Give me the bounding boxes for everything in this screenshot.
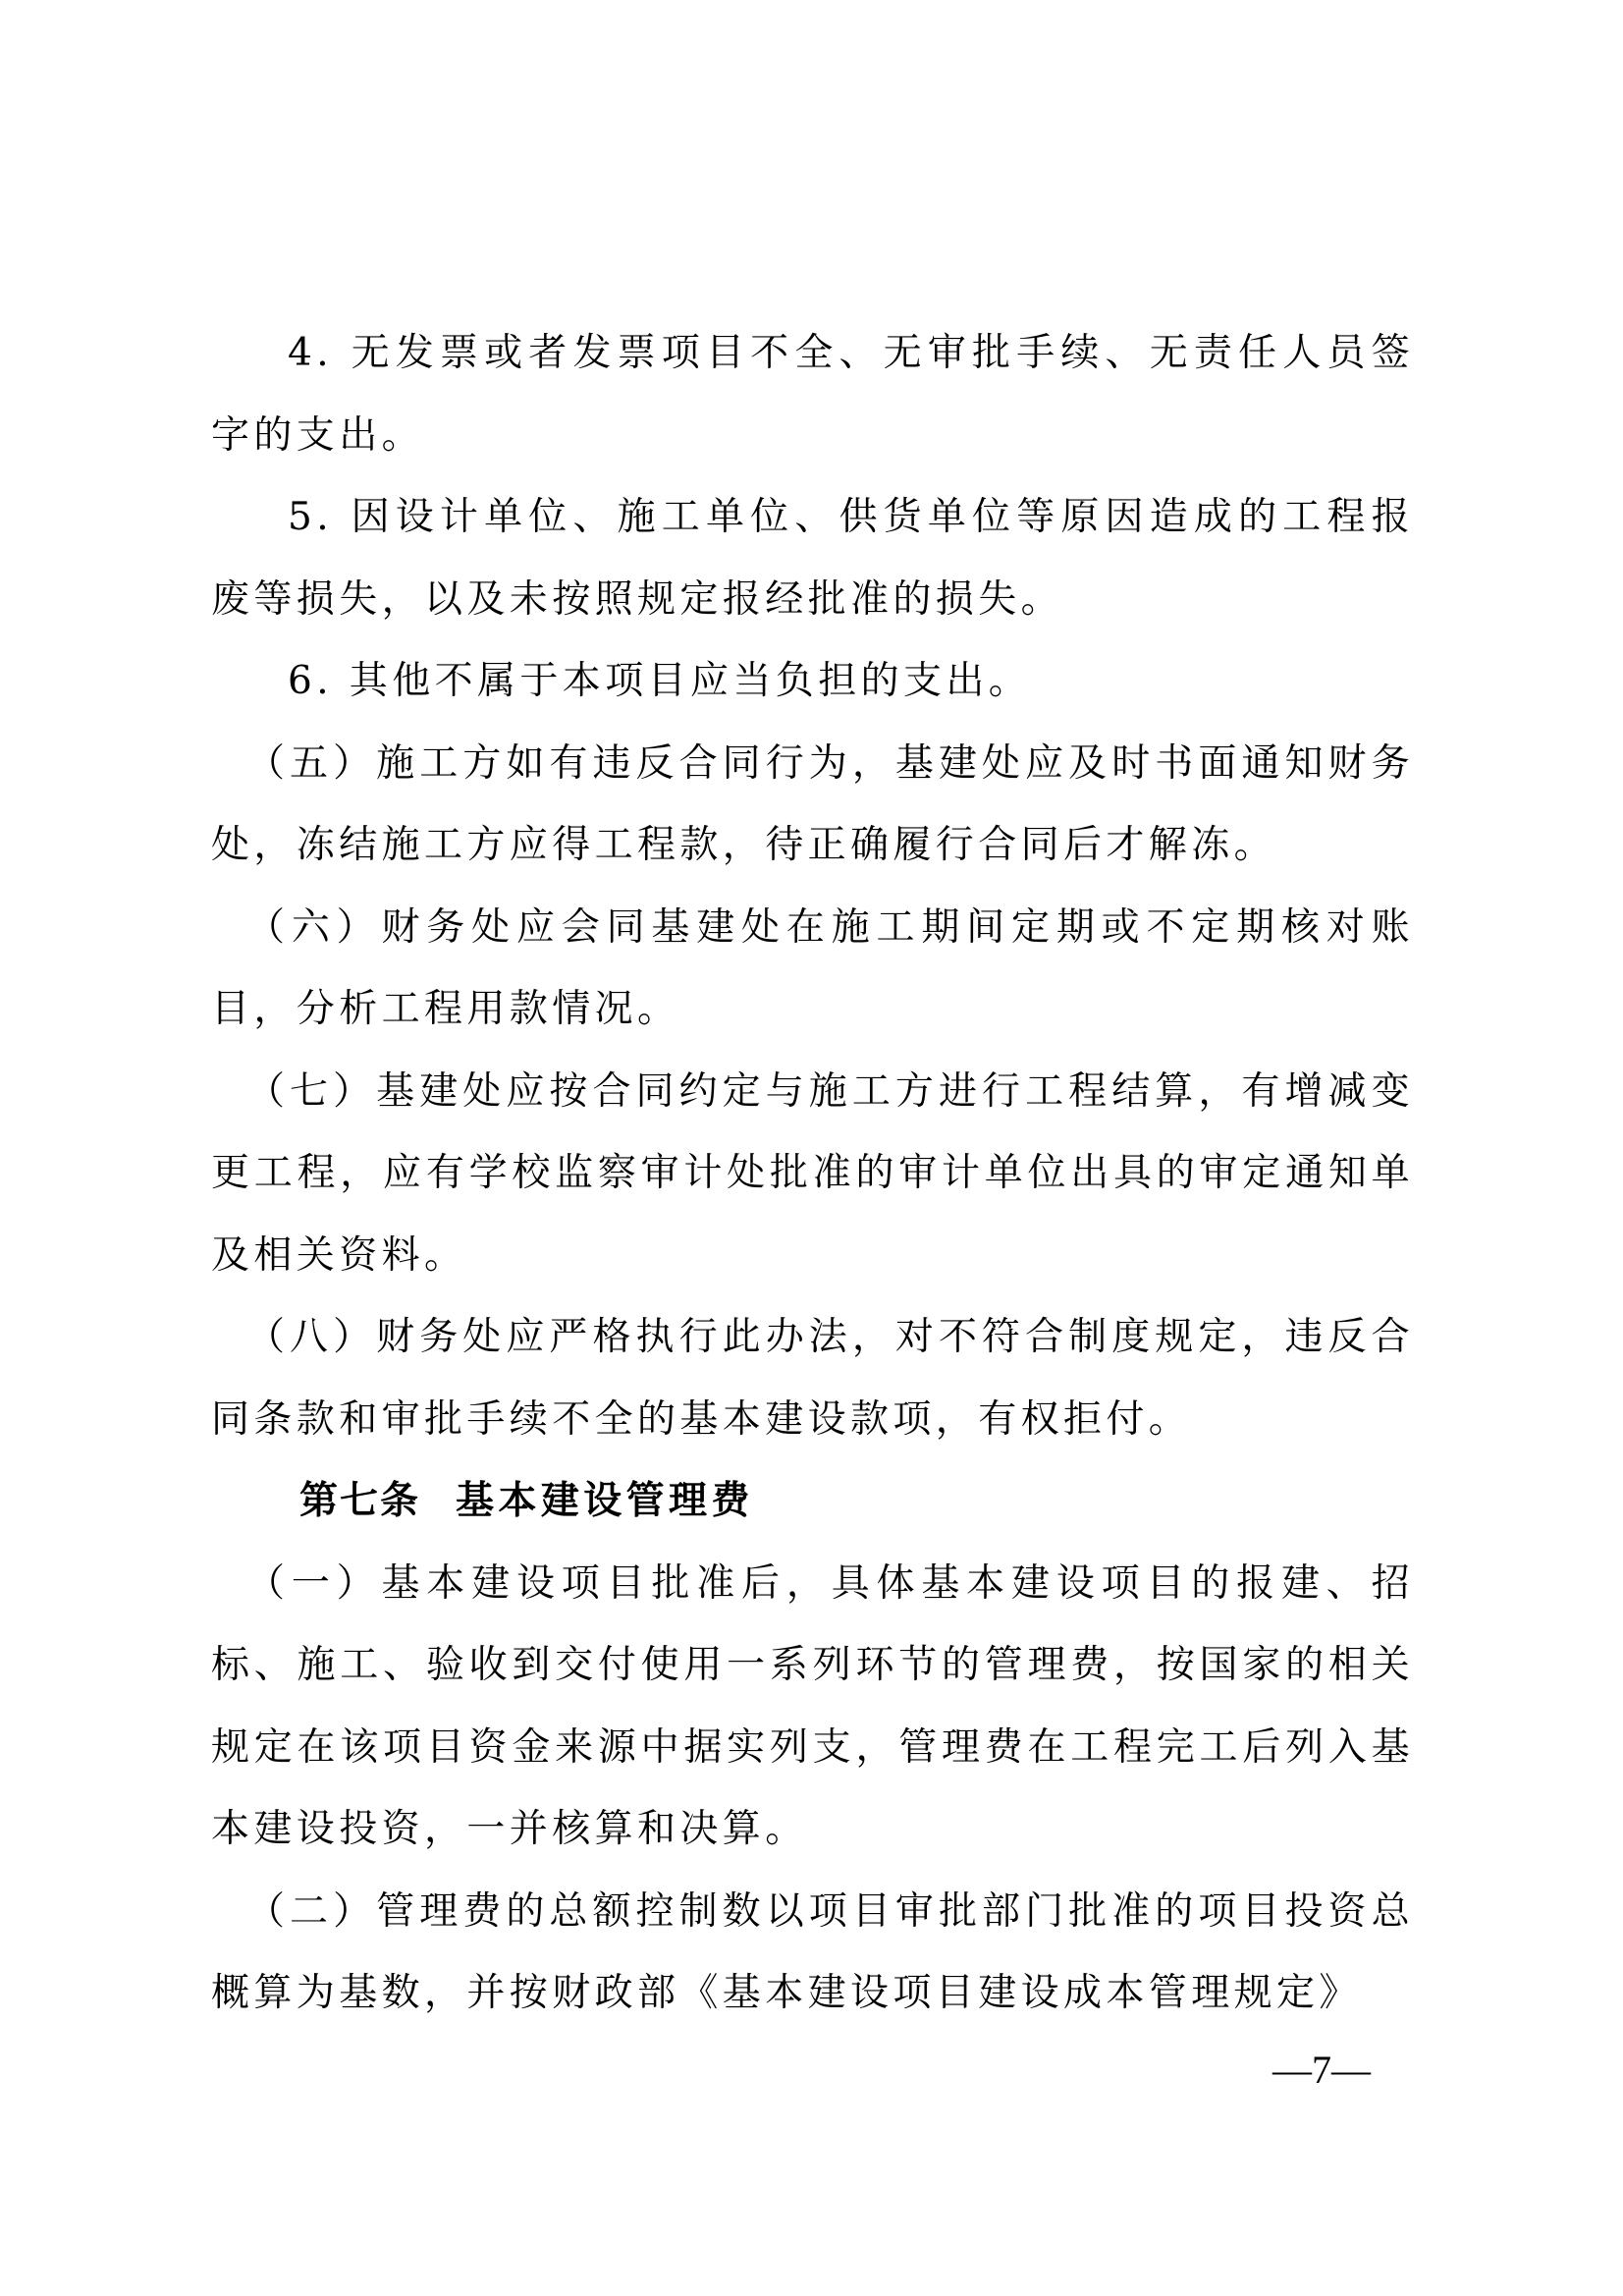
article-heading: 第七条基本建设管理费 — [211, 1460, 1414, 1543]
clause-5: （五）施工方如有违反合同行为，基建处应及时书面通知财务处，冻结施工方应得工程款，… — [211, 723, 1414, 887]
article-title: 基本建设管理费 — [456, 1478, 754, 1523]
clause-6: （六）财务处应会同基建处在施工期间定期或不定期核对账目，分析工程用款情况。 — [211, 887, 1414, 1051]
document-body: 4. 无发票或者发票项目不全、无审批手续、无责任人员签字的支出。 5. 因设计单… — [211, 312, 1414, 2035]
list-item-5: 5. 因设计单位、施工单位、供货单位等原因造成的工程报废等损失，以及未按照规定报… — [211, 476, 1414, 640]
list-item-4: 4. 无发票或者发票项目不全、无审批手续、无责任人员签字的支出。 — [211, 312, 1414, 476]
clause-7: （七）基建处应按合同约定与施工方进行工程结算，有增减变更工程，应有学校监察审计处… — [211, 1051, 1414, 1297]
clause-8: （八）财务处应严格执行此办法，对不符合制度规定，违反合同条款和审批手续不全的基本… — [211, 1296, 1414, 1460]
article-number: 第七条 — [299, 1479, 420, 1523]
article-clause-2: （二）管理费的总额控制数以项目审批部门批准的项目投资总概算为基数，并按财政部《基… — [211, 1871, 1414, 2035]
list-item-6: 6. 其他不属于本项目应当负担的支出。 — [211, 640, 1414, 723]
article-clause-1: （一）基本建设项目批准后，具体基本建设项目的报建、招标、施工、验收到交付使用一系… — [211, 1543, 1414, 1871]
page-number: —7— — [1272, 2047, 1371, 2093]
